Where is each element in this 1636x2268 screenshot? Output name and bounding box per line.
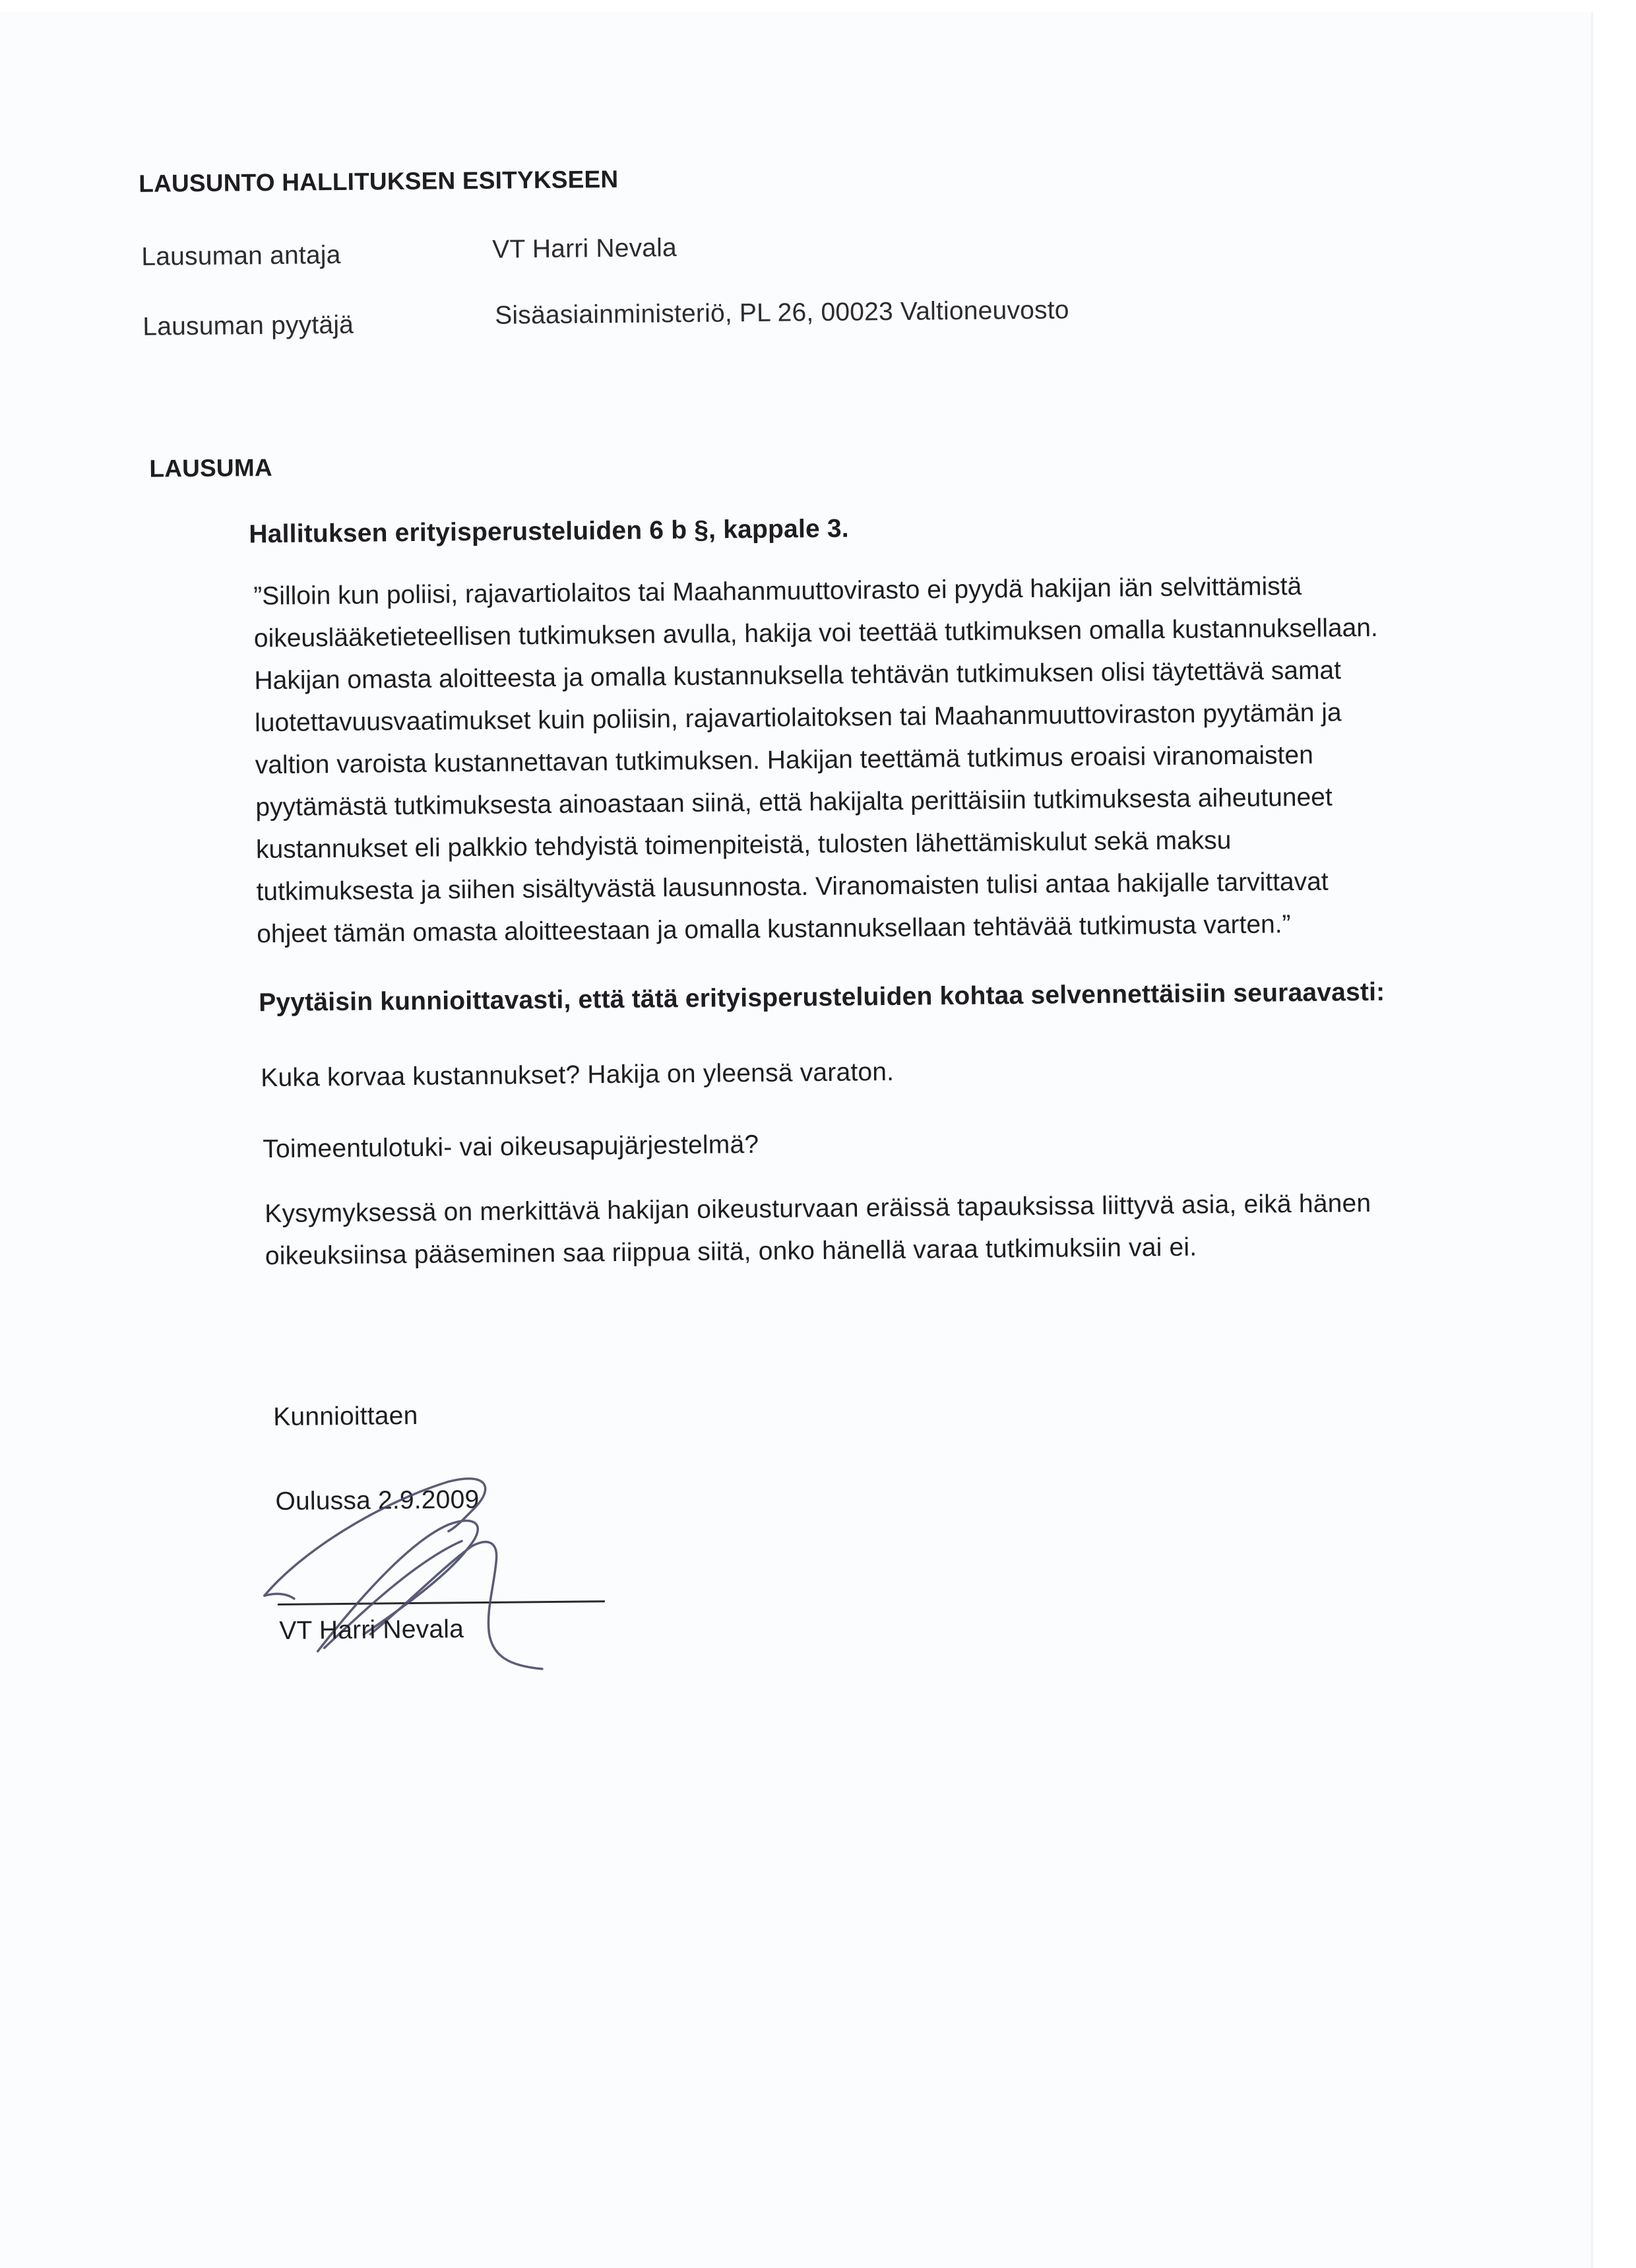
signer-name: VT Harri Nevala — [279, 1615, 464, 1646]
field-label-requester: Lausuman pyytäjä — [142, 311, 354, 342]
document-title: LAUSUNTO HALLITUKSEN ESITYKSEEN — [139, 166, 618, 198]
quote-line: valtion varoista kustannettavan tutkimuk… — [255, 741, 1313, 780]
quote-line: kustannukset eli palkkio tehdyistä toime… — [256, 826, 1232, 864]
salutation: Kunnioittaen — [273, 1402, 418, 1432]
quote-line: ”Silloin kun poliisi, rajavartiolaitos t… — [253, 572, 1302, 611]
quote-line: luotettavuusvaatimukset kuin poliisin, r… — [255, 698, 1342, 738]
question-costs: Kuka korvaa kustannukset? Hakija on ylee… — [261, 1058, 894, 1093]
closing-line: oikeuksiinsa pääseminen saa riippua siit… — [265, 1233, 1197, 1272]
quote-line: pyytämästä tutkimuksesta ainoastaan siin… — [255, 783, 1333, 823]
closing-line: Kysymyksessä on merkittävä hakijan oikeu… — [265, 1189, 1371, 1229]
quote-line: Hakijan omasta aloitteesta ja omalla kus… — [254, 656, 1341, 696]
quote-line: ohjeet tämän omasta aloitteestaan ja oma… — [257, 910, 1291, 949]
request-heading: Pyytäisin kunnioittavasti, että tätä eri… — [259, 978, 1385, 1018]
question-system: Toimeentulotuki- vai oikeusapujärjestelm… — [263, 1130, 759, 1164]
quoted-paragraph: ”Silloin kun poliisi, rajavartiolaitos t… — [0, 0, 1634, 1]
field-value-giver: VT Harri Nevala — [492, 234, 677, 265]
document-content: LAUSUNTO HALLITUKSEN ESITYKSEEN Lausuman… — [0, 0, 1636, 2268]
section-heading: LAUSUMA — [149, 454, 272, 483]
quote-line: tutkimuksesta ja siihen sisältyvästä lau… — [256, 868, 1328, 907]
quote-line: oikeuslääketieteellisen tutkimuksen avul… — [254, 614, 1378, 653]
field-value-requester: Sisäasiainministeriö, PL 26, 00023 Valti… — [495, 296, 1069, 330]
subheading: Hallituksen erityisperusteluiden 6 b §, … — [249, 515, 849, 550]
handwritten-signature — [250, 1467, 621, 1681]
field-label-giver: Lausuman antaja — [141, 241, 341, 272]
